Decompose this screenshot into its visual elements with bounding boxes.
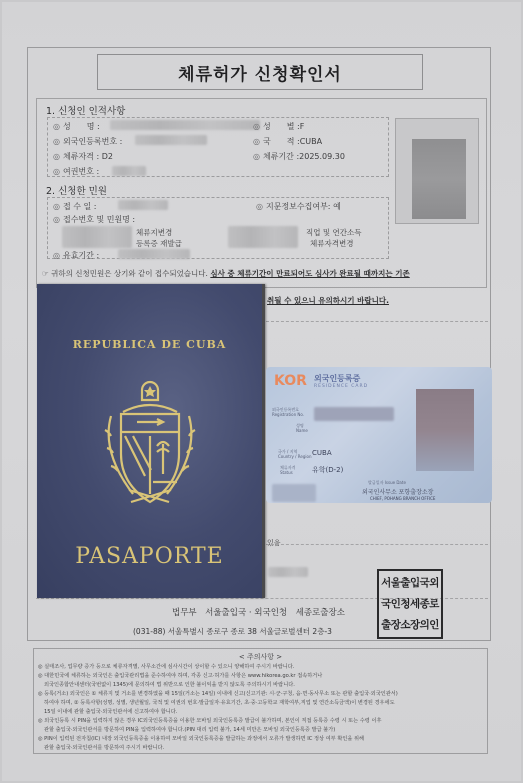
divider: [266, 321, 488, 322]
caution-line: ◎ 실태조사, 업무량 증가 등으로 체류자격별, 사무소간에 심사시간이 상이…: [38, 663, 294, 670]
caution-line: 관할 출입국·외국인관서를 방문하여 주시기 바랍니다.: [44, 744, 164, 751]
redacted-registration-number: [135, 135, 207, 145]
redacted-received-date: [118, 200, 168, 210]
redacted-value: [268, 567, 308, 577]
section2-heading: 2. 신청한 민원: [46, 183, 107, 197]
section1-heading: 1. 신청인 인적사항: [46, 103, 125, 117]
bullet-icon: ◎: [253, 152, 260, 161]
caution-line: 하여야 하며, ② 등록사항(성명, 성별, 생년월일, 국적 및 여권의 번호…: [44, 699, 395, 706]
card-country-label: 국가 / 지역 Country / Region: [278, 449, 311, 459]
stay-period-field: ◎체류기간 :2025.09.30: [253, 151, 345, 162]
redacted-validity: [118, 249, 190, 259]
redacted-card-reg: [314, 407, 394, 421]
name-field: ◎성 명 :: [53, 121, 100, 132]
caution-line: 외국인종합안내센터(국번없이 1345)에 문의하여 법 위반으로 인한 불이익…: [44, 681, 295, 688]
request-item: 등록증 재발급: [136, 238, 182, 249]
notice-line-1: ☞ 귀하의 신청민원은 상기와 같이 접수되었습니다. 심사 중 체류기간이 만…: [42, 268, 410, 279]
official-seal: 서울출입국외 국인청세종로 출장소장의인: [377, 569, 443, 639]
caution-line: ◎ 대한민국에 체류하는 외국인은 출입국관리법을 준수하여야 하며, 각종 신…: [38, 672, 322, 679]
bullet-icon: ◎: [53, 251, 60, 260]
applicant-photo: [395, 118, 479, 224]
issuing-office: 법무부 서울출입국 · 외국인청 세종로출장소: [172, 606, 345, 618]
bullet-icon: ◎: [53, 167, 60, 176]
redacted-card-photo: [416, 389, 474, 471]
pointer-icon: ☞: [42, 269, 51, 278]
card-name-label: 성명 Name: [296, 423, 308, 433]
cuban-passport: REPUBLICA DE CUBA PASAPORTE: [37, 284, 265, 598]
request-item: 체류자격변경: [310, 238, 353, 249]
request-item: 직업 및 연간소득: [306, 227, 361, 238]
caution-line: ◎ 등록(거소) 외국인은 ① 체류지 및 거소를 변경하였을 때 15일(거소…: [38, 690, 398, 697]
card-subtitle: RESIDENCE CARD: [314, 384, 368, 389]
passport-country: REPUBLICA DE CUBA: [37, 338, 262, 351]
cautions-box: < 주의사항 > ◎ 실태조사, 업무량 증가 등으로 체류자격별, 사무소간에…: [33, 648, 488, 754]
bullet-icon: ◎: [53, 137, 60, 146]
card-status-label: 체류자격 Status: [280, 465, 295, 475]
notice-line-2: 취될 수 있으니 유의하시기 바랍니다.: [267, 295, 389, 306]
bullet-icon: ◎: [53, 202, 60, 211]
bullet-icon: ◎: [253, 137, 260, 146]
passport-label: PASAPORTE: [37, 544, 262, 569]
bullet-icon: ◎: [256, 202, 263, 211]
divider: [266, 544, 488, 545]
visa-status-field: ◎체류자격 : D2: [53, 151, 113, 162]
card-country-code: KOR: [274, 373, 307, 389]
caution-line: ◎ PIN이 입력된 전자칩(IC) 내장 외국인등록증을 이용하여 모바일 외…: [38, 735, 364, 742]
card-title: 외국인등록증: [314, 373, 360, 384]
registration-number-field: ◎외국인등록번호 :: [53, 136, 122, 147]
validity-field: ◎유효기간 :: [53, 250, 99, 261]
redacted-receipt-numbers: [228, 226, 298, 248]
received-date-field: ◎접 수 일 :: [53, 201, 97, 212]
redacted-receipt-numbers: [62, 226, 132, 248]
coat-of-arms-icon: [93, 374, 208, 514]
partial-field-text: 있음: [267, 538, 281, 548]
caution-line: 15일 이내에 관할 출입국·외국인관서에 신고하여야 합니다.: [44, 708, 177, 715]
office-address: (031-88) 서울특별시 종로구 종로 38 서울글로벌센터 2층-3: [133, 626, 332, 637]
residence-card: KOR 외국인등록증 RESIDENCE CARD 외국인등록번호 Regist…: [266, 367, 492, 503]
cautions-title: < 주의사항 >: [34, 652, 487, 662]
card-issuer-en: CHIEF, POHANG BRANCH OFFICE: [370, 496, 435, 501]
request-item: 체류지변경: [136, 227, 172, 238]
passport-number-field: ◎여권번호 :: [53, 166, 99, 177]
card-issuer: 외국인사무소 포항출장소장: [362, 487, 433, 496]
receipt-number-field: ◎접수번호 및 민원명 :: [53, 214, 135, 225]
bullet-icon: ◎: [53, 152, 60, 161]
redacted-photo: [412, 139, 466, 219]
bullet-icon: ◎: [53, 122, 60, 131]
bullet-icon: ◎: [253, 122, 260, 131]
redacted-name: [110, 120, 260, 130]
card-status-value: 유학(D-2): [312, 465, 343, 475]
nationality-field: ◎국 적 :CUBA: [253, 136, 322, 147]
caution-line: ◎ 외국인등록 시 PIN을 입력하지 않은 경우 IC외국인등록증을 이용한 …: [38, 717, 382, 724]
caution-line: 관할 출입국·외국인관서를 방문하여 PIN을 입력하여야 합니다.(PIN 대…: [44, 726, 335, 733]
card-issue-label: 발급일자 Issue Date: [368, 480, 406, 485]
card-reg-label: 외국인등록번호 Registration No.: [272, 407, 304, 417]
card-country-value: CUBA: [312, 449, 332, 457]
fingerprint-field: ◎지문정보수집여부: 예: [256, 201, 341, 212]
redacted-card-info: [272, 484, 316, 502]
document-title: 체류허가 신청확인서: [97, 54, 423, 90]
bullet-icon: ◎: [53, 215, 60, 224]
redacted-passport-number: [112, 166, 146, 176]
sex-field: ◎성 별 :F: [253, 121, 304, 132]
